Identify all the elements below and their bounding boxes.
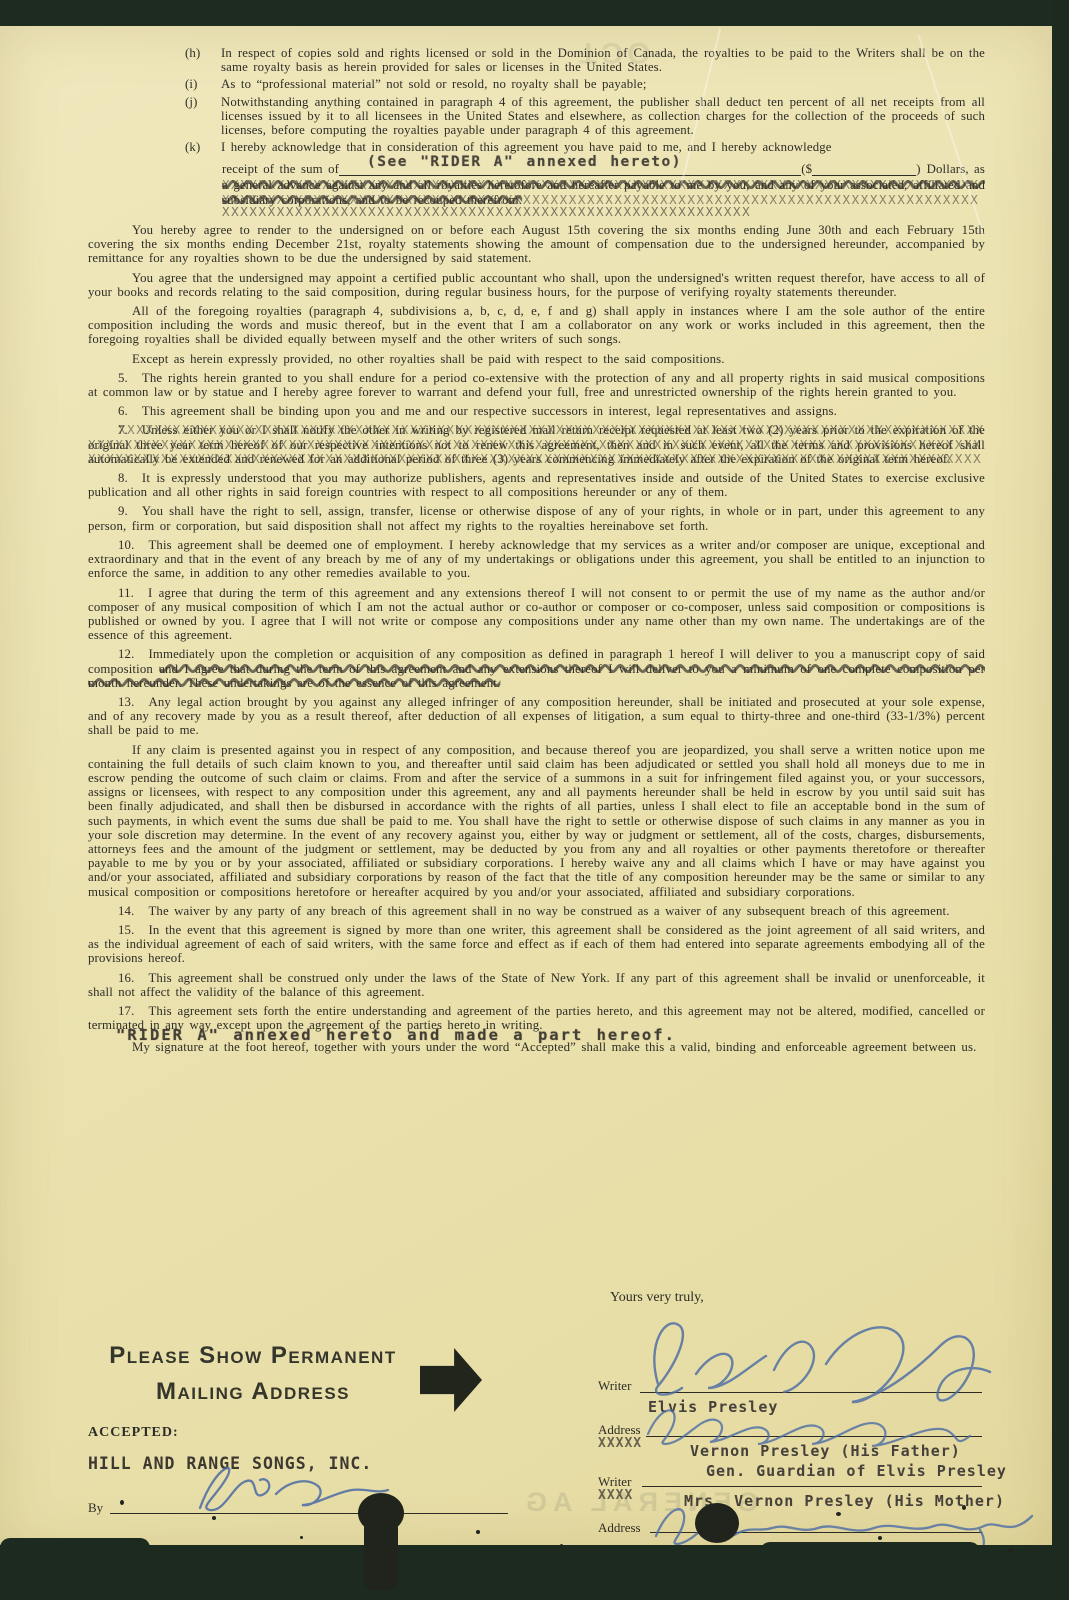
scan-edge-bump [0,1538,150,1550]
writer-label-2-strikeout: XXXX [598,1488,633,1503]
receipt-prefix: receipt of the sum of [222,162,339,176]
ink-speck [300,1536,303,1539]
ink-speck [560,1544,563,1548]
by-signature-line [110,1513,508,1514]
clause-h-text: In respect of copies sold and rights lic… [221,46,985,74]
clause-6: 6.This agreement shall be binding upon y… [88,404,985,418]
right-arrow-icon [420,1348,482,1412]
open-paren-dollar: ($ [801,162,812,176]
paragraph-foregoing-royalties: All of the foregoing royalties (paragrap… [88,304,985,347]
scan-edge-right [1052,0,1069,1600]
dollar-amount-blank [812,161,916,176]
clause-k: (k) I hereby acknowledge that in conside… [88,140,985,154]
scan-edge-bottom [0,1545,1069,1600]
contract-body: (h) In respect of copies sold and rights… [88,46,985,1284]
company-name: HILL AND RANGE SONGS, INC. [88,1454,372,1473]
ink-speck [878,1536,882,1540]
clause-h-label: (h) [185,46,221,74]
writer-signature-line-1 [640,1392,982,1393]
address-typed-name-1: Vernon Presley (His Father) [690,1442,961,1460]
clause-8: 8.It is expressly understood that you ma… [88,471,985,499]
clause-j: (j) Notwithstanding anything contained i… [88,95,985,138]
writer-signature-line-2 [642,1486,982,1487]
clause-10: 10.This agreement shall be deemed one of… [88,538,985,581]
ink-speck [120,1500,124,1505]
rider-a-stamp: "RIDER A" annexed hereto and made a part… [116,1028,676,1042]
accepted-label: ACCEPTED: [88,1425,179,1441]
struck-advance-clause: a general advance against any and all ro… [88,178,985,206]
clause-16: 16.This agreement shall be construed onl… [88,971,985,999]
writer-typed-name-2: Mrs. Vernon Presley (His Mother) [684,1492,1005,1510]
paragraph-except: Except as herein expressly provided, no … [88,352,985,366]
by-label: By [88,1500,103,1516]
please-show-permanent-text: Please Show Permanent [88,1342,418,1370]
clause-k-text: I hereby acknowledge that in considerati… [221,140,985,154]
clause-13: 13.Any legal action brought by you again… [88,695,985,738]
x-strikeout-row: XXXXXXXXXXXXXXXXXXXXXXXXXXXXXXXXXXXXXXXX… [88,205,985,219]
elvis-presley-signature [630,1302,1010,1412]
ink-speck [476,1530,480,1534]
ink-speck [836,1512,841,1516]
clause-9: 9.You shall have the right to sell, assi… [88,504,985,532]
ink-blob-stem [364,1520,398,1590]
receipt-line: receipt of the sum of (See "RIDER A" ann… [88,161,985,176]
writer-typed-name-1: Elvis Presley [648,1398,778,1416]
struck-advance-text: a general advance against any and all ro… [222,178,985,206]
clause-i-text: As to “professional material” not sold o… [221,77,985,91]
ink-speck [962,1505,966,1510]
rider-a-typed-fill: (See "RIDER A" annexed hereto) [367,155,682,169]
clause-11: 11.I agree that during the term of this … [88,586,985,643]
address-typed-name-1b: Gen. Guardian of Elvis Presley [706,1462,1007,1480]
clause-j-label: (j) [185,95,221,138]
clause-i: (i) As to “professional material” not so… [88,77,985,91]
clause-i-label: (i) [185,77,221,91]
ink-speck [212,1516,216,1520]
writer-label-1: Writer [598,1378,631,1394]
clause-14: 14.The waiver by any party of any breach… [88,904,985,918]
paragraph-render-statements: You hereby agree to render to the unders… [88,223,985,266]
scan-edge-bump [760,1542,980,1552]
closing-paragraph-wrap: "RIDER A" annexed hereto and made a part… [88,1040,985,1054]
clause-5: 5.The rights herein granted to you shall… [88,371,985,399]
address-label-2: Address [598,1520,641,1536]
clause-7-struck: 7.Unless either you or I shall notify th… [88,423,985,466]
clause-12-partially-struck: 12.Immediately upon the completion or ac… [88,647,985,690]
clause-h: (h) In respect of copies sold and rights… [88,46,985,74]
sum-blank-field: (See "RIDER A" annexed hereto) [339,161,801,176]
receipt-suffix: Dollars, as [921,162,985,176]
clause-15: 15.In the event that this agreement is s… [88,923,985,966]
ink-speck [1008,1548,1014,1553]
paragraph-accountant: You agree that the undersigned may appoi… [88,271,985,299]
scan-edge-top [0,0,1069,26]
address-line-1 [646,1436,982,1437]
mailing-address-text: Mailing Address [88,1378,418,1406]
clause-k-label: (k) [185,140,221,154]
clause-12-struck-portion: and I agree that during the term of this… [88,662,985,690]
clause-j-text: Notwithstanding anything contained in pa… [221,95,985,138]
paragraph-claims: If any claim is presented against you in… [88,743,985,899]
scanned-contract-page: OCT GENERAL AG (h) In respect of copies … [0,0,1069,1600]
address-label-1-strikeout: XXXXX [598,1436,642,1451]
ink-blob [695,1503,739,1543]
valediction: Yours very truly, [610,1290,704,1306]
